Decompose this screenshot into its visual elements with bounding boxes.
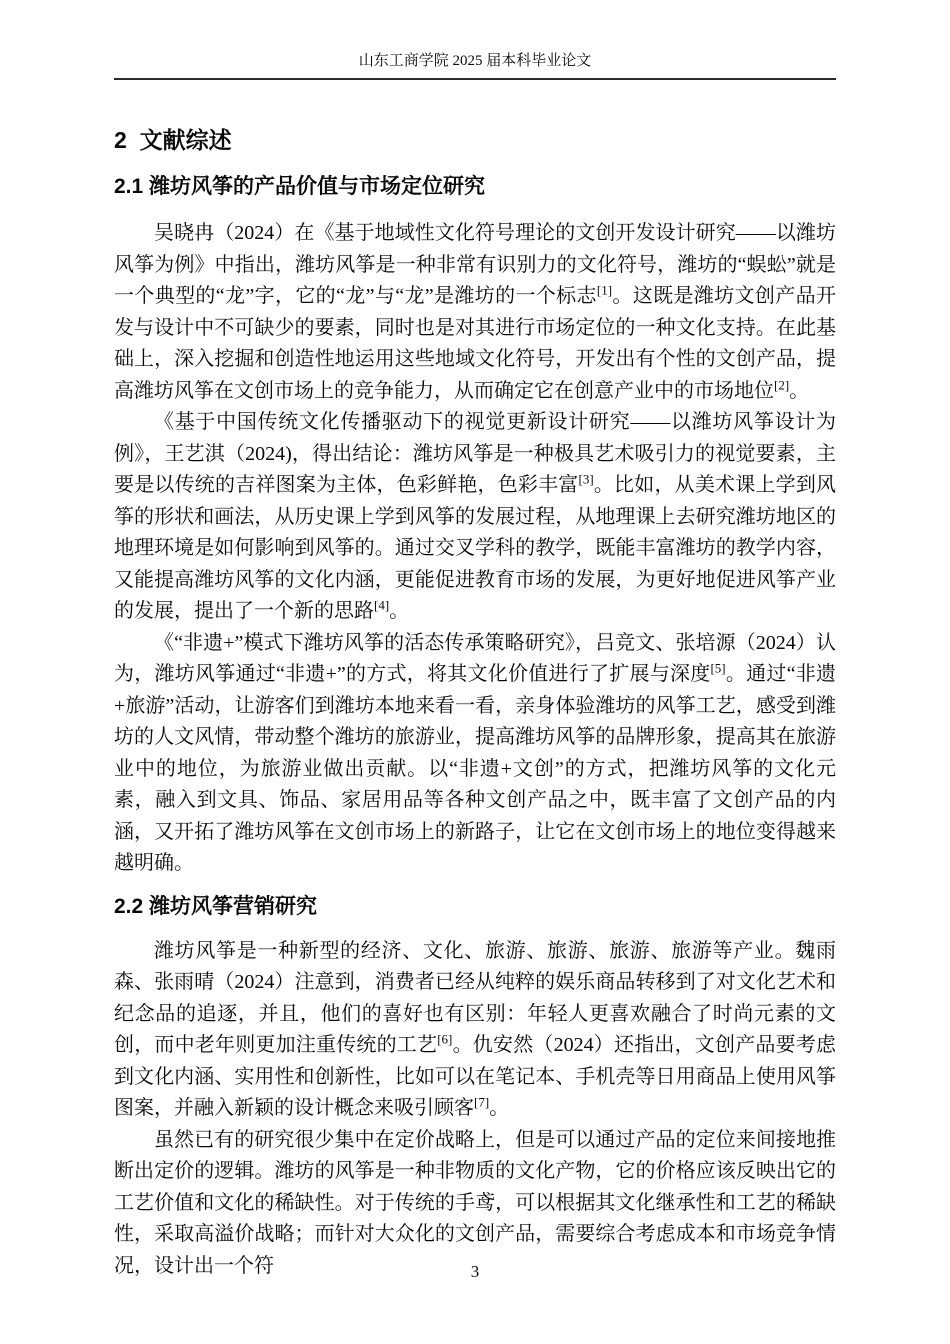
citation-superscript: [2] [774, 377, 789, 392]
paragraph-marketing-2: 虽然已有的研究很少集中在定价战略上，但是可以通过产品的定位来间接地推断出定价的逻… [114, 1125, 836, 1283]
text-run: 。 [489, 1097, 509, 1119]
text-run: 。 [389, 600, 409, 622]
text-run: 。比如，从美术课上学到风筝的形状和画法，从历史课上学到风筝的发展过程，从地理课上… [114, 474, 836, 622]
page-number: 3 [0, 1262, 950, 1282]
citation-superscript: [3] [579, 471, 594, 486]
citation-superscript: [4] [374, 597, 389, 612]
running-header-text: 山东工商学院 2025 届本科毕业论文 [359, 53, 592, 69]
text-run: 。 [789, 380, 809, 402]
citation-superscript: [1] [597, 282, 612, 297]
paragraph-marketing-1: 潍坊风筝是一种新型的经济、文化、旅游、旅游、旅游、旅游等产业。魏雨森、张雨晴（2… [114, 936, 836, 1125]
text-run: 。通过“非遗+旅游”活动，让游客们到潍坊本地来看一看，亲身体验潍坊的风筝工艺，感… [114, 663, 836, 874]
citation-superscript: [5] [710, 660, 725, 675]
thesis-page: 山东工商学院 2025 届本科毕业论文 2 文献综述 2.1 潍坊风筝的产品价值… [0, 0, 950, 1344]
subsection-heading-2-2: 2.2 潍坊风筝营销研究 [114, 892, 836, 922]
text-run: 虽然已有的研究很少集中在定价战略上，但是可以通过产品的定位来间接地推断出定价的逻… [114, 1129, 836, 1277]
subsection-heading-2-1: 2.1 潍坊风筝的产品价值与市场定位研究 [114, 172, 836, 202]
page-content: 2 文献综述 2.1 潍坊风筝的产品价值与市场定位研究 吴晓冉（2024）在《基… [114, 123, 836, 1282]
citation-superscript: [7] [474, 1094, 489, 1109]
chapter-heading: 2 文献综述 [114, 123, 836, 157]
paragraph-product-value-3: 《“非遗+”模式下潍坊风筝的活态传承策略研究》，吕竞文、张培源（2024）认为，… [114, 628, 836, 880]
running-header: 山东工商学院 2025 届本科毕业论文 [114, 0, 836, 80]
paragraph-product-value-1: 吴晓冉（2024）在《基于地域性文化符号理论的文创开发设计研究——以潍坊风筝为例… [114, 218, 836, 407]
paragraph-product-value-2: 《基于中国传统文化传播驱动下的视觉更新设计研究——以潍坊风筝设计为例》，王艺淇（… [114, 407, 836, 628]
citation-superscript: [6] [437, 1031, 452, 1046]
